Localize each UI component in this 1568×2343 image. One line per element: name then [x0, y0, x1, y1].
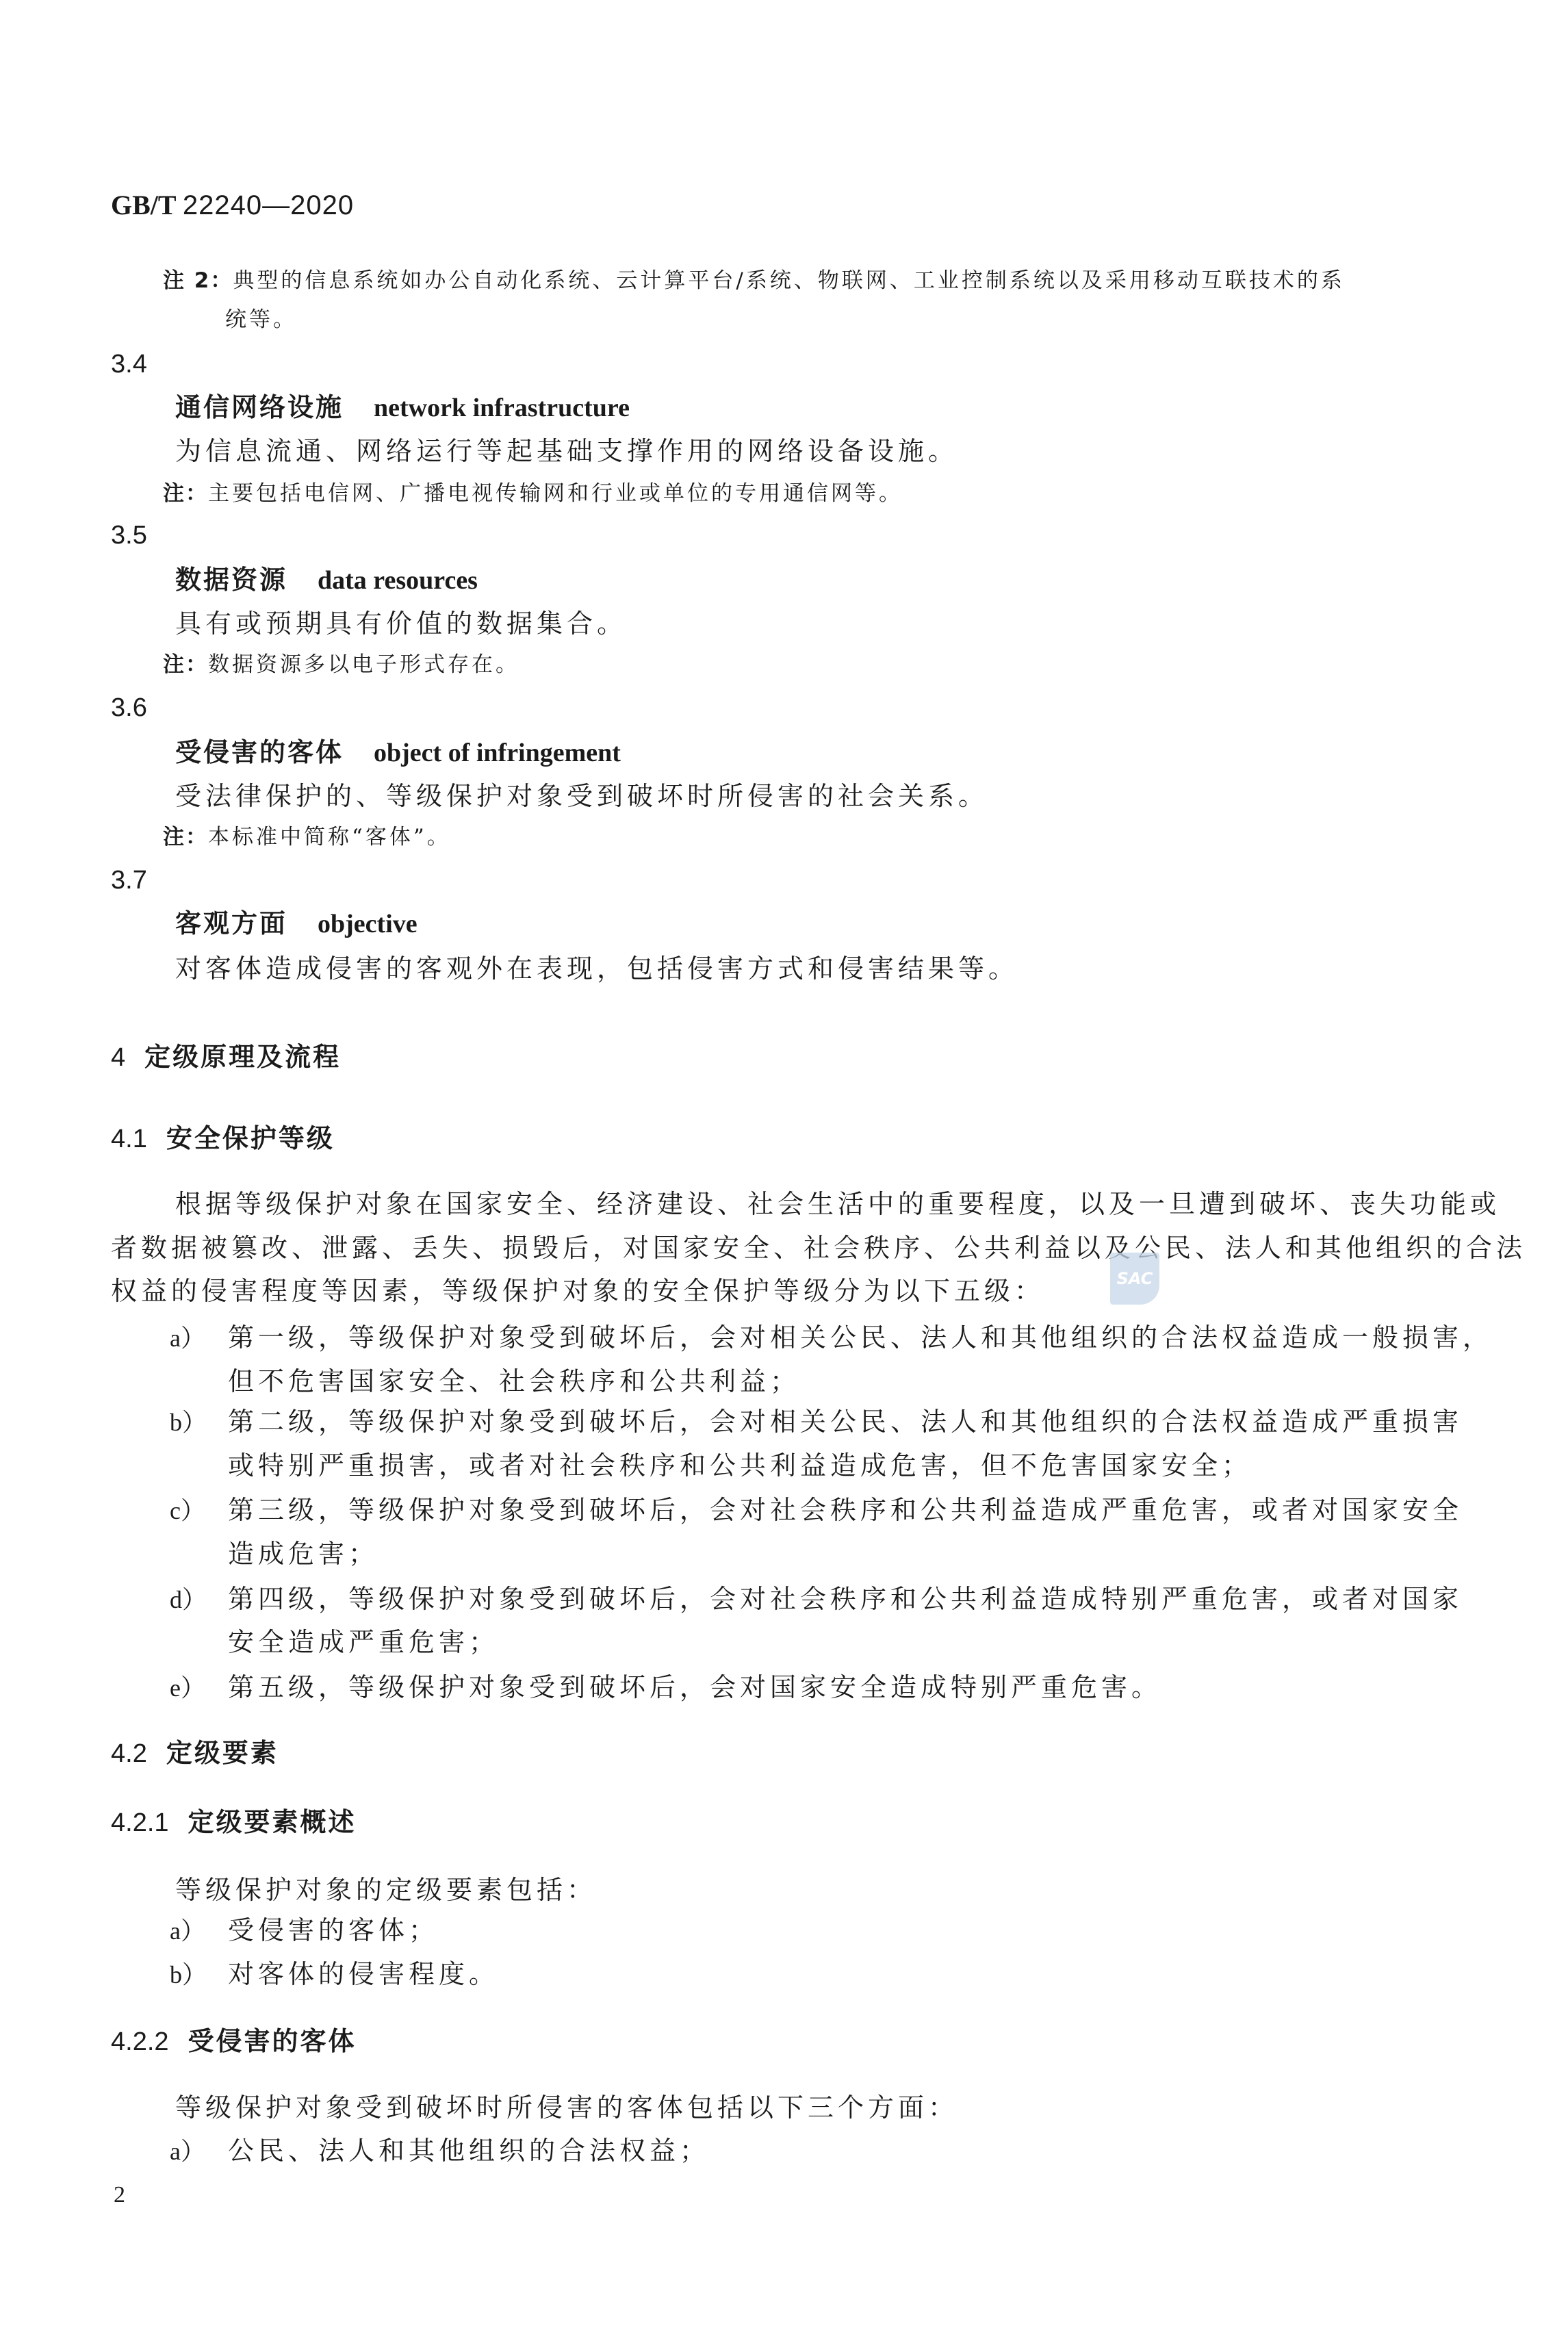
note-label: 注 2：: [163, 268, 233, 293]
list-marker: e）: [170, 1676, 205, 1700]
clause-number: 3.5: [111, 522, 147, 548]
clause-number: 3.4: [111, 351, 147, 377]
term-heading: 通信网络设施network infrastructure: [175, 394, 630, 421]
sac-watermark-logo: SAC: [1110, 1253, 1159, 1305]
standard-number: 22240—2020: [183, 190, 354, 220]
term-zh: 通信网络设施: [175, 392, 344, 422]
term-en: objective: [318, 910, 417, 938]
paragraph-line: 根据等级保护对象在国家安全、经济建设、社会生活中的重要程度，以及一旦遭到破坏、丧…: [175, 1191, 1500, 1217]
term-note: 注：本标准中简称“客体”。: [163, 827, 451, 848]
list-item-line: 受侵害的客体；: [228, 1917, 439, 1943]
list-marker: b）: [170, 1962, 207, 1987]
list-marker: a）: [170, 2139, 205, 2164]
term-zh: 数据资源: [175, 565, 287, 595]
note-text: 本标准中简称“客体”。: [208, 825, 451, 849]
list-item-line: 第一级，等级保护对象受到破坏后，会对相关公民、法人和其他组织的合法权益造成一般损…: [228, 1324, 1493, 1350]
list-marker: c）: [170, 1498, 205, 1523]
paragraph-line: 权益的侵害程度等因素，等级保护对象的安全保护等级分为以下五级：: [111, 1278, 1044, 1304]
section-number: 4.2.1: [111, 1808, 169, 1837]
term-definition: 具有或预期具有价值的数据集合。: [175, 611, 627, 637]
clause-number: 3.6: [111, 695, 147, 721]
section-title: 安全保护等级: [166, 1123, 335, 1153]
list-item-line: 第三级，等级保护对象受到破坏后，会对社会秩序和公共利益造成严重危害，或者对国家安…: [228, 1497, 1463, 1523]
section-number: 4.2: [111, 1739, 147, 1768]
section-title: 受侵害的客体: [188, 2026, 357, 2056]
section-number: 4: [111, 1043, 125, 1072]
section-heading-4-2-2: 4.2.2受侵害的客体: [111, 2028, 357, 2055]
paragraph-line: 者数据被篡改、泄露、丢失、损毁后，对国家安全、社会秩序、公共利益以及公民、法人和…: [111, 1235, 1526, 1261]
standard-prefix: GB/T: [111, 190, 176, 220]
list-item-line: 公民、法人和其他组织的合法权益；: [228, 2138, 710, 2164]
clause-number: 3.7: [111, 867, 147, 893]
section-heading-4-2: 4.2定级要素: [111, 1740, 279, 1767]
note-2-continuation: 统等。: [225, 309, 297, 331]
note-text: 主要包括电信网、广播电视传输网和行业或单位的专用通信网等。: [208, 481, 903, 506]
note-label: 注：: [163, 481, 208, 506]
term-en: data resources: [318, 566, 478, 595]
list-marker: a）: [170, 1919, 205, 1943]
list-item-line: 第四级，等级保护对象受到破坏后，会对社会秩序和公共利益造成特别严重危害，或者对国…: [228, 1586, 1463, 1612]
term-heading: 受侵害的客体object of infringement: [175, 739, 621, 766]
term-heading: 客观方面objective: [175, 910, 417, 937]
list-item-line: 第五级，等级保护对象受到破坏后，会对国家安全造成特别严重危害。: [228, 1674, 1161, 1700]
term-en: object of infringement: [374, 739, 621, 767]
term-definition: 对客体造成侵害的客观外在表现，包括侵害方式和侵害结果等。: [175, 956, 1018, 982]
list-marker: a）: [170, 1326, 205, 1350]
list-item-line: 或特别严重损害，或者对社会秩序和公共利益造成危害，但不危害国家安全；: [228, 1452, 1252, 1478]
term-definition: 为信息流通、网络运行等起基础支撑作用的网络设备设施。: [175, 438, 958, 464]
section-heading-4-1: 4.1安全保护等级: [111, 1125, 335, 1152]
term-note: 注：数据资源多以电子形式存在。: [163, 654, 519, 676]
term-note: 注：主要包括电信网、广播电视传输网和行业或单位的专用通信网等。: [163, 483, 903, 504]
section-title: 定级原理及流程: [144, 1042, 341, 1072]
standard-header: GB/T 22240—2020: [111, 192, 354, 219]
paragraph-line: 等级保护对象受到破坏时所侵害的客体包括以下三个方面：: [175, 2095, 958, 2121]
note-2: 注 2：典型的信息系统如办公自动化系统、云计算平台/系统、物联网、工业控制系统以…: [163, 270, 1345, 292]
term-definition: 受法律保护的、等级保护对象受到破坏时所侵害的社会关系。: [175, 783, 988, 809]
list-item-line: 但不危害国家安全、社会秩序和公共利益；: [228, 1368, 800, 1394]
note-text: 典型的信息系统如办公自动化系统、云计算平台/系统、物联网、工业控制系统以及采用移…: [233, 268, 1344, 293]
list-item-line: 第二级，等级保护对象受到破坏后，会对相关公民、法人和其他组织的合法权益造成严重损…: [228, 1409, 1463, 1435]
term-en: network infrastructure: [374, 394, 630, 422]
paragraph-line: 等级保护对象的定级要素包括：: [175, 1877, 597, 1903]
term-zh: 受侵害的客体: [175, 737, 344, 767]
list-item-line: 对客体的侵害程度。: [228, 1961, 499, 1987]
section-title: 定级要素概述: [188, 1807, 357, 1837]
section-title: 定级要素: [166, 1738, 279, 1768]
list-marker: b）: [170, 1410, 207, 1435]
page-number: 2: [114, 2184, 125, 2207]
note-label: 注：: [163, 825, 208, 849]
section-number: 4.1: [111, 1125, 147, 1153]
term-heading: 数据资源data resources: [175, 567, 478, 593]
section-number: 4.2.2: [111, 2027, 169, 2056]
note-label: 注：: [163, 652, 208, 677]
section-heading-4-2-1: 4.2.1定级要素概述: [111, 1809, 357, 1836]
list-item-line: 安全造成严重危害；: [228, 1629, 499, 1655]
list-item-line: 造成危害；: [228, 1541, 378, 1567]
term-zh: 客观方面: [175, 908, 287, 938]
note-text: 数据资源多以电子形式存在。: [208, 652, 519, 677]
list-marker: d）: [170, 1587, 207, 1612]
section-heading-4: 4定级原理及流程: [111, 1044, 341, 1071]
